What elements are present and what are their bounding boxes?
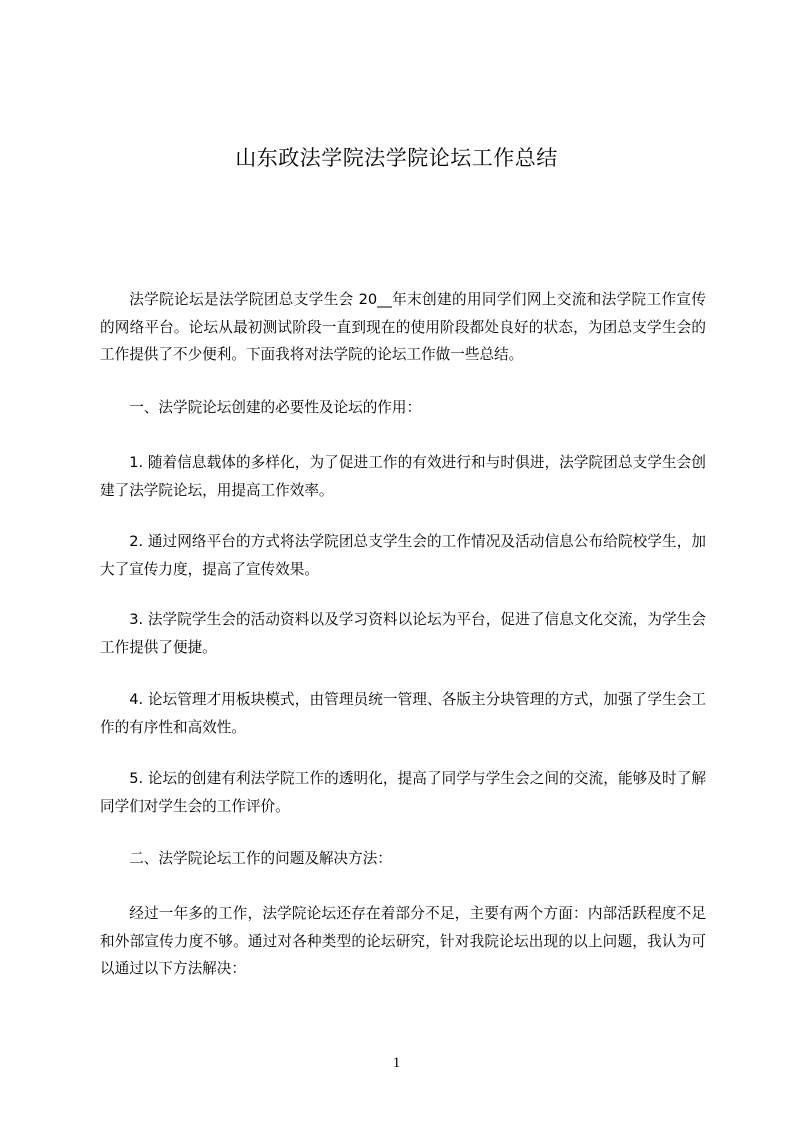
list-item-3: 3. 法学院学生会的活动资料以及学习资料以论坛为平台，促进了信息文化交流，为学生… (100, 606, 706, 661)
list-item-4: 4. 论坛管理才用板块模式，由管理员统一管理、各版主分块管理的方式，加强了学生会… (100, 686, 706, 741)
list-item-5: 5. 论坛的创建有利法学院工作的透明化，提高了同学与学生会之间的交流，能够及时了… (100, 765, 706, 820)
section-heading-1: 一、法学院论坛创建的必要性及论坛的作用： (100, 394, 706, 422)
intro-paragraph: 法学院论坛是法学院团总支学生会 20__年末创建的用同学们网上交流和法学院工作宣… (100, 286, 706, 369)
document-title: 山东政法学院法学院论坛工作总结 (0, 142, 793, 172)
problems-paragraph: 经过一年多的工作，法学院论坛还存在着部分不足，主要有两个方面：内部活跃程度不足和… (100, 900, 706, 983)
page-number: 1 (0, 1055, 793, 1072)
list-item-1: 1. 随着信息载体的多样化，为了促进工作的有效进行和与时俱进，法学院团总支学生会… (100, 449, 706, 504)
section-heading-2: 二、法学院论坛工作的问题及解决方法： (100, 845, 706, 873)
list-item-2: 2. 通过网络平台的方式将法学院团总支学生会的工作情况及活动信息公布给院校学生，… (100, 528, 706, 583)
